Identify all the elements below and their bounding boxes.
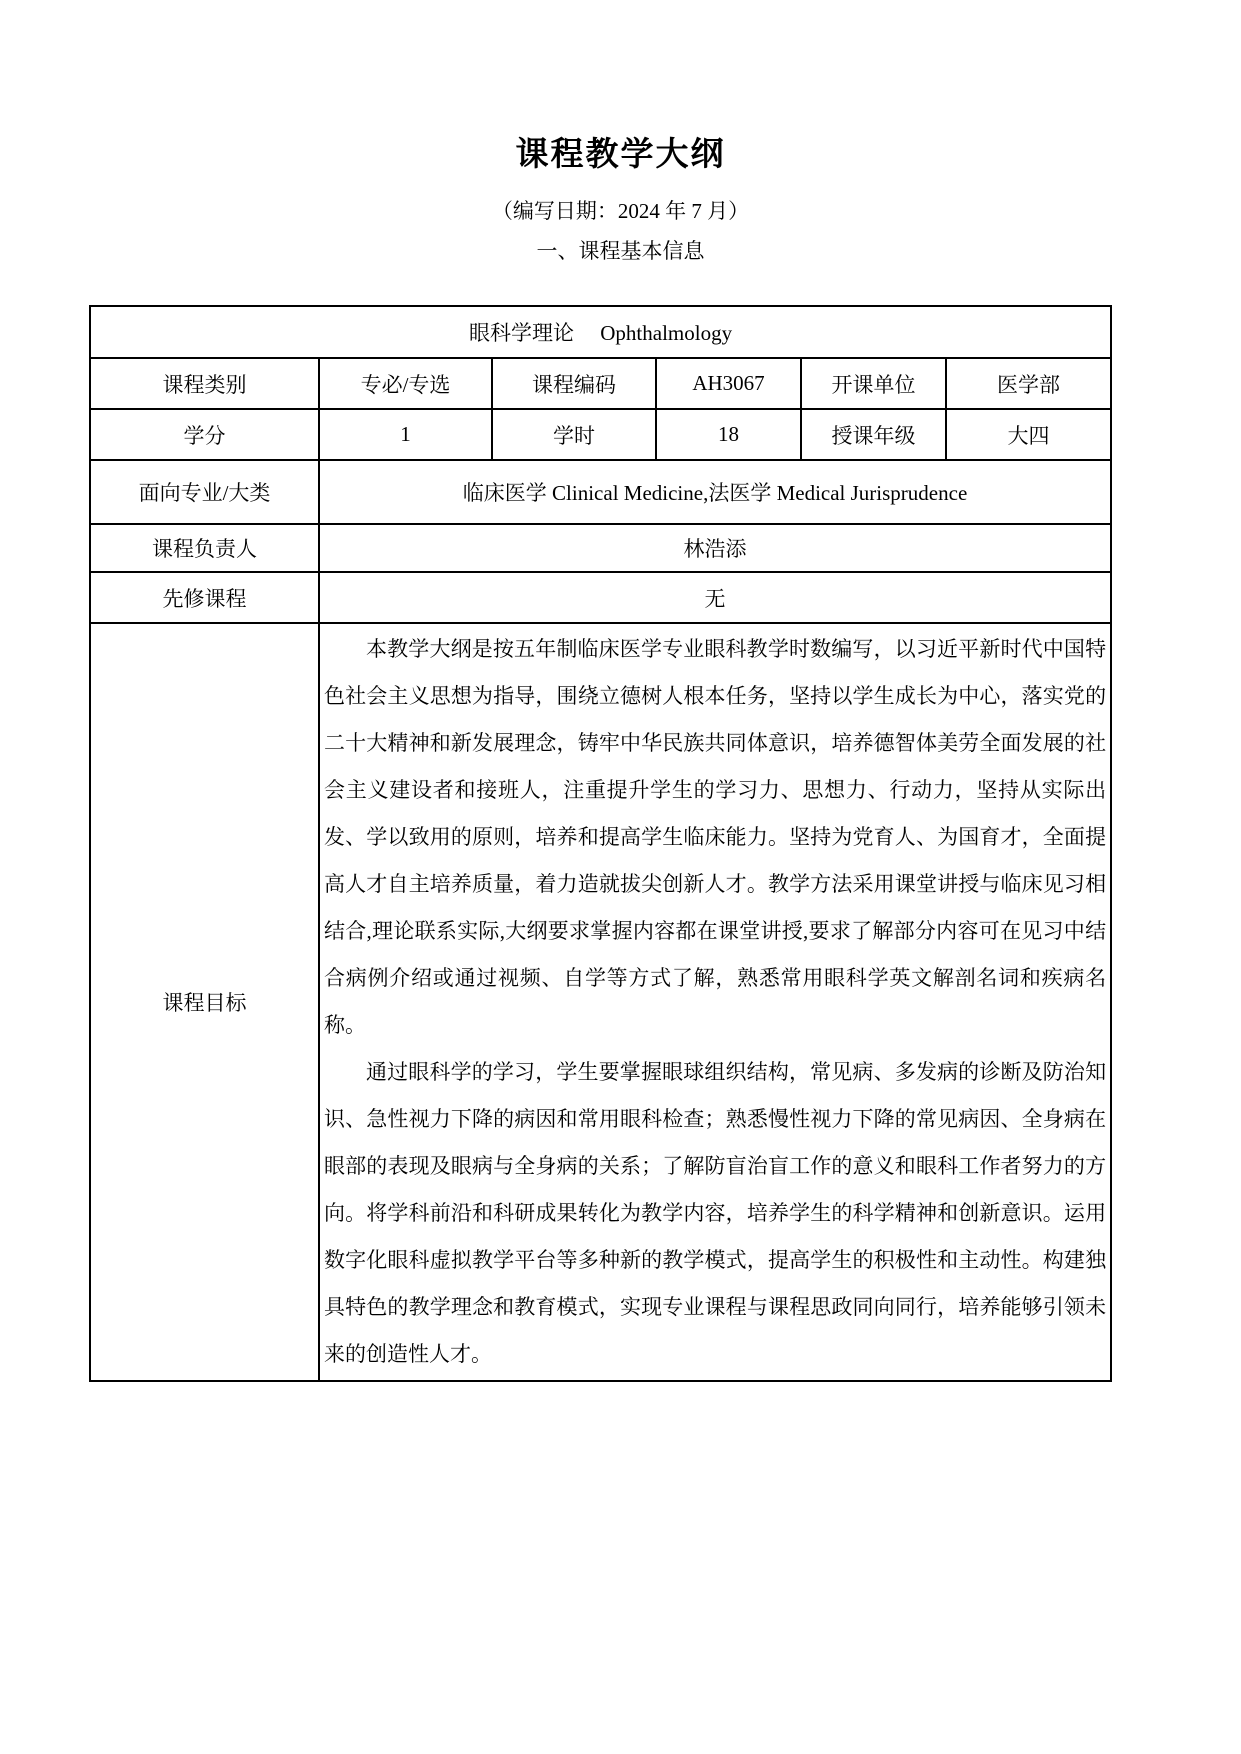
objective-paragraph: 本教学大纲是按五年制临床医学专业眼科教学时数编写，以习近平新时代中国特色社会主义… — [324, 626, 1106, 1049]
label-class-hours: 学时 — [492, 409, 656, 460]
table-row: 先修课程 无 — [90, 572, 1111, 623]
objective-paragraph: 通过眼科学的学习，学生要掌握眼球组织结构，常见病、多发病的诊断及防治知识、急性视… — [324, 1049, 1106, 1378]
table-row: 课程类别 专必/专选 课程编码 AH3067 开课单位 医学部 — [90, 358, 1111, 409]
value-course-category: 专必/专选 — [319, 358, 492, 409]
value-course-code: AH3067 — [656, 358, 801, 409]
course-title-cell: 眼科学理论 Ophthalmology — [90, 306, 1111, 358]
label-course-code: 课程编码 — [492, 358, 656, 409]
label-course-objectives: 课程目标 — [90, 623, 319, 1381]
section-heading: 一、课程基本信息 — [0, 236, 1241, 266]
value-prerequisites: 无 — [319, 572, 1111, 623]
label-course-category: 课程类别 — [90, 358, 319, 409]
date-line: （编写日期：2024 年 7 月） — [0, 196, 1241, 226]
table-row: 面向专业/大类 临床医学 Clinical Medicine,法医学 Medic… — [90, 460, 1111, 524]
label-teaching-grade: 授课年级 — [801, 409, 946, 460]
value-course-objectives: 本教学大纲是按五年制临床医学专业眼科教学时数编写，以习近平新时代中国特色社会主义… — [319, 623, 1111, 1381]
value-teaching-grade: 大四 — [946, 409, 1111, 460]
label-course-leader: 课程负责人 — [90, 524, 319, 572]
label-credits: 学分 — [90, 409, 319, 460]
course-info-table: 眼科学理论 Ophthalmology 课程类别 专必/专选 课程编码 AH30… — [89, 305, 1112, 1382]
table-row: 课程目标 本教学大纲是按五年制临床医学专业眼科教学时数编写，以习近平新时代中国特… — [90, 623, 1111, 1381]
page-title: 课程教学大纲 — [0, 134, 1241, 176]
value-class-hours: 18 — [656, 409, 801, 460]
label-prerequisites: 先修课程 — [90, 572, 319, 623]
table-row: 学分 1 学时 18 授课年级 大四 — [90, 409, 1111, 460]
value-course-leader: 林浩添 — [319, 524, 1111, 572]
label-target-majors: 面向专业/大类 — [90, 460, 319, 524]
table-row: 眼科学理论 Ophthalmology — [90, 306, 1111, 358]
value-target-majors: 临床医学 Clinical Medicine,法医学 Medical Juris… — [319, 460, 1111, 524]
table-row: 课程负责人 林浩添 — [90, 524, 1111, 572]
label-offering-unit: 开课单位 — [801, 358, 946, 409]
document-page: 课程教学大纲 （编写日期：2024 年 7 月） 一、课程基本信息 眼科学理论 … — [0, 0, 1241, 1754]
value-credits: 1 — [319, 409, 492, 460]
value-offering-unit: 医学部 — [946, 358, 1111, 409]
